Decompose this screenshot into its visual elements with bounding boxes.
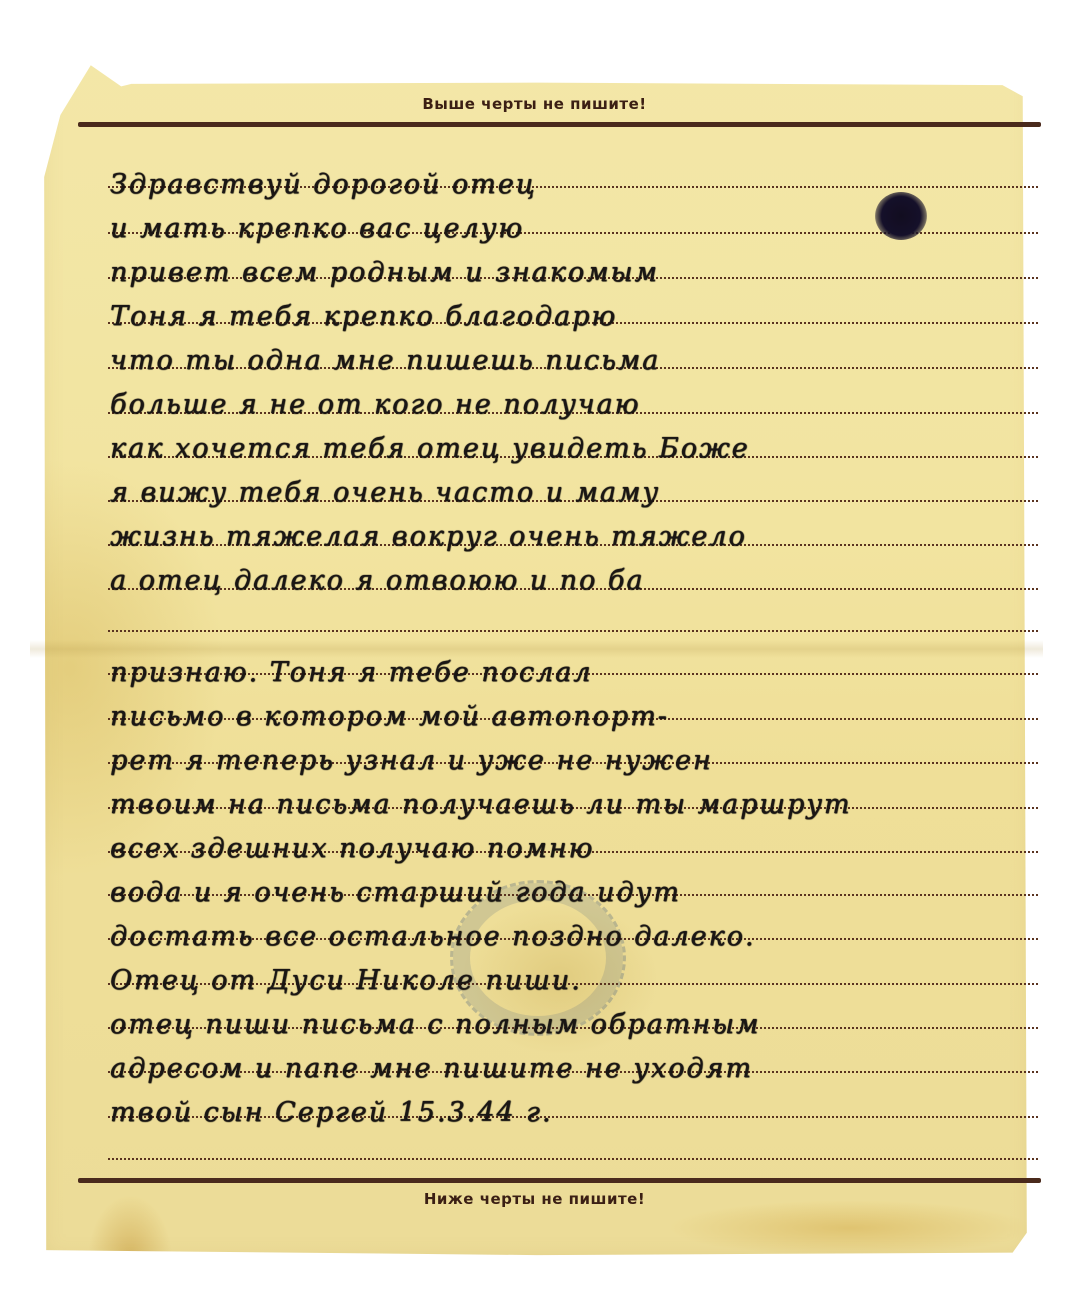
handwritten-line: твой сын Сергей 15.3.44 г. [110,1096,1030,1130]
handwritten-line: Тоня я тебя крепко благодарю [110,300,1030,334]
handwritten-line: твоим на письма получаешь ли ты маршрут [110,788,1030,822]
handwritten-line: жизнь тяжелая вокруг очень тяжело [110,520,1030,554]
handwritten-line: достать все остальное поздно далеко. [110,920,1030,954]
printed-footer-note: Ниже черты не пишите! [0,1190,1069,1208]
handwritten-line: признаю. Тоня я тебе послал [110,656,1030,690]
handwritten-line: что ты одна мне пишешь письма [110,344,1030,378]
handwritten-line: привет всем родным и знакомым [110,256,1030,290]
handwritten-line: как хочется тебя отец увидеть Боже [110,432,1030,466]
handwritten-line: адресом и папе мне пишите не уходят [110,1052,1030,1086]
ink-blot [875,192,927,240]
handwritten-line: а отец далеко я отвоюю и по ба [110,564,1030,598]
ruled-line [108,630,1038,632]
handwritten-line: отец пиши письма с полным обратным [110,1008,1030,1042]
footer-rule [78,1178,1041,1183]
handwritten-line: я вижу тебя очень часто и маму [110,476,1030,510]
handwritten-line: рет я теперь узнал и уже не нужен [110,744,1030,778]
handwritten-line: всех здешних получаю помню [110,832,1030,866]
handwritten-line: больше я не от кого не получаю [110,388,1030,422]
handwritten-line: письмо в котором мой автопорт- [110,700,1030,734]
handwritten-line: Отец от Дуси Николе пиши. [110,964,1030,998]
handwritten-line: вода и я очень старший года идут [110,876,1030,910]
ruled-line [108,1158,1038,1160]
